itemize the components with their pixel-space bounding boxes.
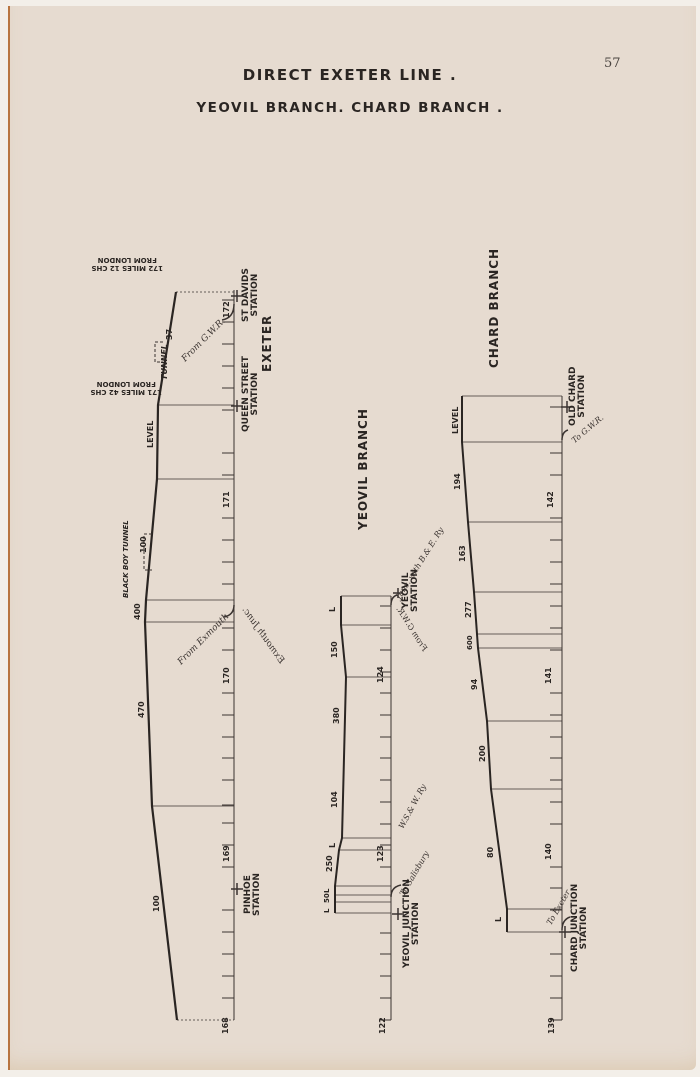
yeovil-gradient-104: 104	[330, 791, 339, 808]
gradient-100-top: 100	[139, 536, 148, 553]
yeovil-junction-station-label: YEOVIL JUNCTION STATION	[403, 879, 421, 968]
old-chard-station-label: OLD CHARD STATION	[569, 367, 587, 427]
yeovil-junction-sub: STATION	[412, 879, 421, 968]
chard-gradient-194: 194	[453, 473, 462, 490]
chard-gradient-94: 94	[470, 679, 479, 690]
chard-gradient-277: 277	[464, 601, 473, 618]
yeovil-gradient-l-mid: L	[328, 843, 337, 848]
yeovil-gradient-380: 380	[332, 707, 341, 724]
black-boy-tunnel-label: BLACK BOY TUNNEL	[122, 520, 130, 598]
milepost-141: 141	[544, 667, 553, 684]
tunnel-label: TUNNEL	[160, 344, 169, 380]
gradient-level: LEVEL	[146, 421, 155, 448]
gradient-profiles	[0, 0, 700, 1077]
chard-gradient-200: 200	[478, 745, 487, 762]
milepost-172: 172	[222, 301, 231, 318]
chard-gradient-600: 600	[466, 635, 474, 650]
chard-junction-sub: STATION	[580, 884, 589, 972]
top-note-line2: FROM LONDON	[91, 256, 163, 264]
milepost-122: 122	[378, 1017, 387, 1034]
st-davids-station-label: ST DAVIDS STATION	[242, 268, 260, 322]
gradient-37: 37	[165, 329, 174, 340]
pinhoe-sub: STATION	[253, 873, 262, 916]
milepost-139: 139	[547, 1017, 556, 1034]
milepost-171: 171	[222, 491, 231, 508]
chard-gradient-80: 80	[486, 847, 495, 858]
milepost-142: 142	[546, 491, 555, 508]
milepost-170: 170	[222, 667, 231, 684]
yeovil-gradient-50: 50	[323, 893, 331, 903]
milepost-168: 168	[221, 1017, 230, 1034]
milepost-124: 124	[376, 666, 385, 683]
chard-gradient-level: LEVEL	[451, 407, 460, 434]
yeovil-gradient-l3: L	[323, 909, 331, 913]
milepost-140: 140	[544, 843, 553, 860]
yeovil-gradient-250: 250	[325, 855, 334, 872]
mid-note-line2: FROM LONDON	[90, 380, 162, 388]
top-mileage-note: 172 MILES 12 CHS FROM LONDON	[91, 256, 163, 272]
chard-gradient-163: 163	[458, 545, 467, 562]
queen-street-station-label: QUEEN STREET STATION	[242, 356, 260, 432]
mid-mileage-note: 171 MILES 42 CHS FROM LONDON	[90, 380, 162, 396]
chard-junction-station-label: CHARD JUNCTION STATION	[571, 884, 589, 972]
yeovil-gradient-l-top: L	[328, 607, 337, 612]
chard-gradient-l: L	[494, 917, 503, 922]
top-note-line1: 172 MILES 12 CHS	[91, 264, 163, 272]
yeovil-branch-title: YEOVIL BRANCH	[356, 408, 370, 530]
pinhoe-station-label: PINHOE STATION	[244, 873, 262, 916]
gradient-400: 400	[133, 603, 142, 620]
chard-branch-title: CHARD BRANCH	[487, 248, 501, 368]
exeter-label: EXETER	[260, 315, 274, 372]
milepost-123: 123	[376, 845, 385, 862]
old-chard-sub: STATION	[578, 367, 587, 427]
st-davids-sub: STATION	[251, 268, 260, 322]
mid-note-line1: 171 MILES 42 CHS	[90, 388, 162, 396]
gradient-470: 470	[137, 701, 146, 718]
gradient-100-bottom: 100	[152, 895, 161, 912]
queen-street-sub: STATION	[251, 356, 260, 432]
yeovil-gradient-150: 150	[330, 641, 339, 658]
milepost-169: 169	[222, 845, 231, 862]
